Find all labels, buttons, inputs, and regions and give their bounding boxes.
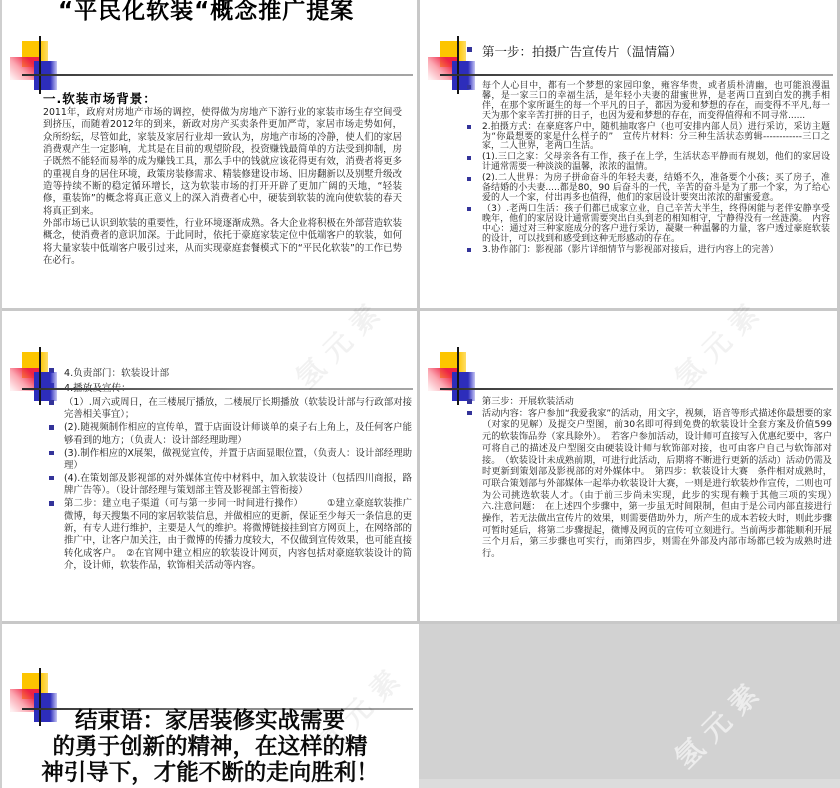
bullet-square-icon xyxy=(467,248,471,252)
list-item-text: (4).在策划部及影视部的对外媒体宣传中材料中，加入软装设计（包括四川商报，路牌… xyxy=(64,473,412,496)
bullet-square-icon xyxy=(467,399,472,404)
logo-vertical-line xyxy=(39,347,41,405)
bullet-square-icon xyxy=(467,411,472,416)
list-item-text: （1）.周六或周日，在三楼展厅播放，二楼展厅长期播放（软装设计部与行政部对接完善… xyxy=(64,397,412,420)
bullet-square-icon xyxy=(49,451,54,456)
slide-4-thumbnail[interactable]: 第三步：开展软装活动 活动内容：客户参加“我爱我家”的活动，用文字，视频，语音等… xyxy=(420,311,837,621)
list-item: （3）.老两口生活：孩子们都已成家立业，自己辛苦大半生，终得闲能与老伴安静享受晚… xyxy=(466,205,830,245)
conclusion-line: 神引导下，才能不断的走向胜利！ xyxy=(8,761,412,787)
list-item: (2).随视频制作相应的宣传单，置于店面设计师谈单的桌子右上角上，及任何客户能够… xyxy=(48,422,412,447)
list-item-text: 3.协作部门：影视部（影片详细情节与影视部对接后，进行内容上的完善） xyxy=(482,245,779,255)
slide-5-thumbnail[interactable]: 结束语：家居装修实战需要 的勇于创新的精神，在这样的精 神引导下，才能不断的走向… xyxy=(2,624,417,788)
title-line: 4.播放及宣传： xyxy=(48,380,417,394)
bullet-list: （1）.周六或周日，在三楼展厅播放，二楼展厅长期播放（软装设计部与行政部对接完善… xyxy=(48,397,412,573)
paragraph: 2011年，政府对房地产市场的调控，使得做为房地产下游行业的家装市场生存空间受到… xyxy=(43,107,402,218)
row-divider xyxy=(0,621,840,624)
list-item-text: 第二步：建立电子渠道（可与第一步同一时间进行操作） ①建立豪庭软装推广微博，每天… xyxy=(64,498,412,571)
list-item-text: 活动内容：客户参加“我爱我家”的活动，用文字，视频，语音等形式描述你最想要的家（… xyxy=(482,408,837,559)
bullet-square-icon xyxy=(467,177,471,181)
list-item-text: (2).随视频制作相应的宣传单，置于店面设计师谈单的桌子右上角上，及任何客户能够… xyxy=(64,422,412,445)
bullet-square-icon xyxy=(49,425,54,430)
title-line: 4.负责部门：软装设计部 xyxy=(48,365,417,379)
bullet-square-icon xyxy=(467,125,471,129)
list-item-text: 2.拍摄方式：在豪庭客户中，随机抽取客户（也可安排内部人员）进行采访，采访主题为… xyxy=(482,122,830,152)
list-item: 第二步：建立电子渠道（可与第一步同一时间进行操作） ①建立豪庭软装推广微博，每天… xyxy=(48,498,412,572)
left-edge-border xyxy=(0,0,2,788)
list-item: (1).三口之家：父母亲各有工作，孩子在上学，生活状态平静而有规划，他们的家居设… xyxy=(466,153,830,173)
conclusion-line: 的勇于创新的精神，在这样的精 xyxy=(8,735,412,761)
bullet-square-icon xyxy=(467,207,471,211)
list-item: （1）.周六或周日，在三楼展厅播放，二楼展厅长期播放（软装设计部与行政部对接完善… xyxy=(48,397,412,422)
column-divider xyxy=(417,0,420,623)
bullet-square-icon xyxy=(49,501,54,506)
bullet-square-icon xyxy=(49,400,54,405)
bullet-square-icon xyxy=(467,85,471,89)
conclusion-line: 结束语：家居装修实战需要 xyxy=(8,709,412,735)
logo-vertical-line xyxy=(457,347,459,405)
bullet-square-icon xyxy=(49,476,54,481)
empty-grid-cell-strip xyxy=(419,779,840,788)
slide-2-thumbnail[interactable]: 第一步：拍摄广告宣传片（温情篇） 每个人心目中，都有一个梦想的家园印象，雍容华贵… xyxy=(420,0,837,308)
slide-1-thumbnail[interactable]: “平民化软装“概念推广提案 一.软装市场背景： 2011年，政府对房地产市场的调… xyxy=(2,0,417,308)
template-logo-icon xyxy=(10,38,60,94)
section-heading: 一.软装市场背景： xyxy=(43,89,157,107)
list-item-text: 第三步：开展软装活动 xyxy=(482,396,574,407)
logo-vertical-line xyxy=(457,36,459,94)
list-item: (3).制作相应的X展架，做视觉宣传，并置于店面显眼位置，（负责人：设计部经理助… xyxy=(48,448,412,473)
horizontal-rule xyxy=(22,388,413,390)
slide-title: 第一步：拍摄广告宣传片（温情篇） xyxy=(482,44,682,59)
empty-grid-cell xyxy=(419,623,840,788)
list-item: 2.拍摄方式：在豪庭客户中，随机抽取客户（也可安排内部人员）进行采访，采访主题为… xyxy=(466,123,830,153)
horizontal-rule xyxy=(440,74,833,76)
logo-vertical-line xyxy=(39,36,41,94)
title-line-text: 4.负责部门：软装设计部 xyxy=(64,368,169,379)
bullet-list: 第三步：开展软装活动 活动内容：客户参加“我爱我家”的活动，用文字，视频，语音等… xyxy=(466,396,832,560)
horizontal-rule xyxy=(440,388,833,390)
presentation-preview-canvas: “平民化软装“概念推广提案 一.软装市场背景： 2011年，政府对房地产市场的调… xyxy=(0,0,840,788)
horizontal-rule xyxy=(22,74,413,76)
list-item-text: (2).二人世界：为房子拼命奋斗的年轻夫妻，结婚不久，准备要个小孩；买了房子，准… xyxy=(482,173,830,203)
list-item-text: （3）.老两口生活：孩子们都已成家立业，自己辛苦大半生，终得闲能与老伴安静享受晚… xyxy=(482,204,830,244)
list-item: 每个人心目中，都有一个梦想的家园印象，雍容华贵，或者质朴清幽，也可能浪漫温馨，是… xyxy=(466,82,830,122)
row-divider xyxy=(0,308,840,311)
bullet-list: 每个人心目中，都有一个梦想的家园印象，雍容华贵，或者质朴清幽，也可能浪漫温馨，是… xyxy=(466,82,830,256)
bullet-square-icon xyxy=(467,156,471,160)
conclusion-text: 结束语：家居装修实战需要 的勇于创新的精神，在这样的精 神引导下，才能不断的走向… xyxy=(8,709,412,786)
list-item-text: 每个人心目中，都有一个梦想的家园印象，雍容华贵，或者质朴清幽，也可能浪漫温馨，是… xyxy=(482,81,830,121)
slide-3-thumbnail[interactable]: 4.负责部门：软装设计部 4.播放及宣传： （1）.周六或周日，在三楼展厅播放，… xyxy=(2,311,417,621)
slide-title: “平民化软装“概念推广提案 xyxy=(58,0,364,26)
list-item: 3.协作部门：影视部（影片详细情节与影视部对接后，进行内容上的完善） xyxy=(466,246,830,256)
slide-title-bullet: 第一步：拍摄广告宣传片（温情篇） xyxy=(466,42,837,60)
paragraph: 外部市场已认识到软装的重要性，行业环境逐渐成熟。各大企业将积极在外部营造软装概念… xyxy=(43,218,402,267)
list-item-text: (3).制作相应的X展架，做视觉宣传，并置于店面显眼位置，（负责人：设计部经理助… xyxy=(64,448,412,471)
list-item: (4).在策划部及影视部的对外媒体宣传中材料中，加入软装设计（包括四川商报，路牌… xyxy=(48,473,412,498)
list-item: (2).二人世界：为房子拼命奋斗的年轻夫妻，结婚不久，准备要个小孩；买了房子，准… xyxy=(466,174,830,204)
list-item-text: (1).三口之家：父母亲各有工作，孩子在上学，生活状态平静而有规划，他们的家居设… xyxy=(482,152,830,172)
list-item: 第三步：开展软装活动 xyxy=(466,396,832,408)
body-text: 2011年，政府对房地产市场的调控，使得做为房地产下游行业的家装市场生存空间受到… xyxy=(43,107,402,267)
list-item: 活动内容：客户参加“我爱我家”的活动，用文字，视频，语音等形式描述你最想要的家（… xyxy=(466,408,832,560)
